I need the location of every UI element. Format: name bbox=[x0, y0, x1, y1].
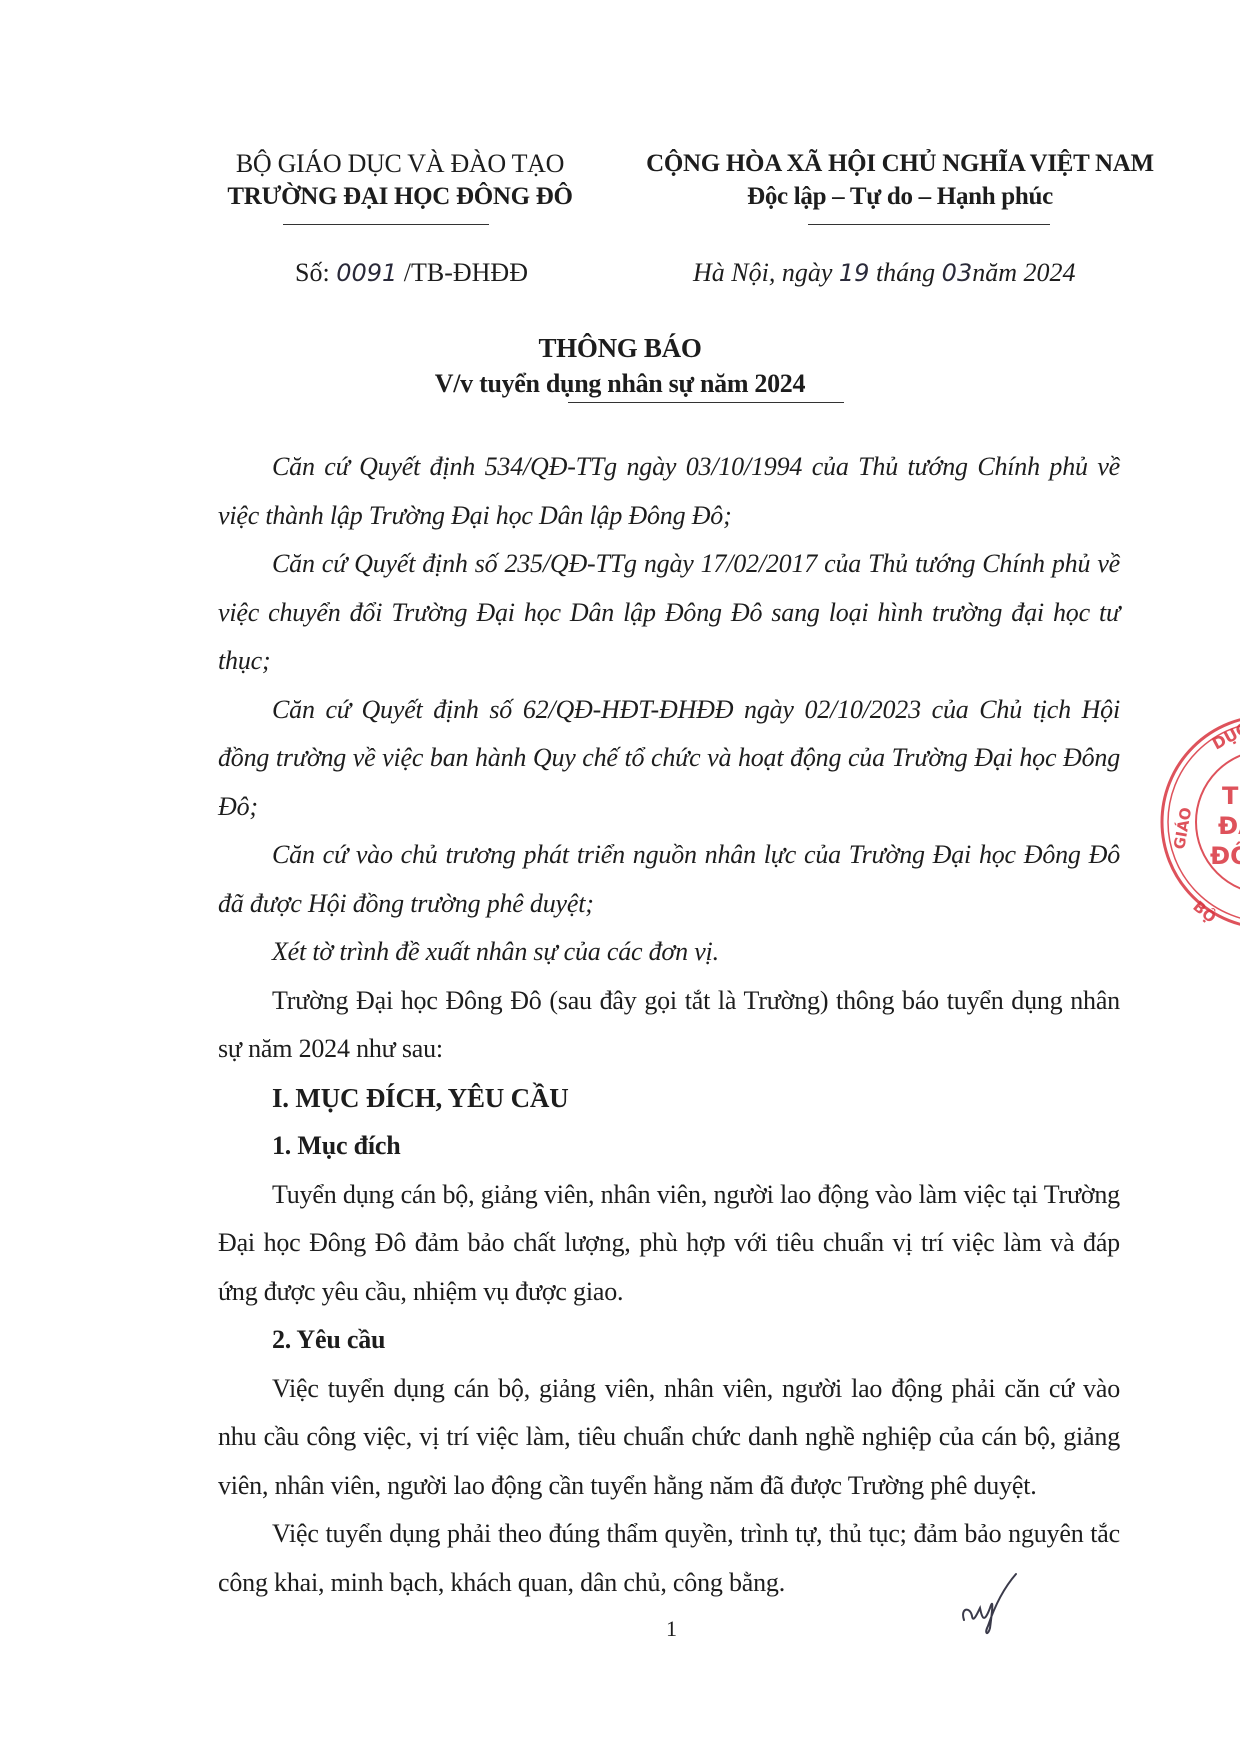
national-motto: Độc lập – Tự do – Hạnh phúc bbox=[615, 181, 1185, 213]
document-date: Hà Nội, ngày 19 tháng 03năm 2024 bbox=[693, 258, 1076, 288]
svg-text:GIÁO: GIÁO bbox=[1169, 806, 1195, 851]
doc-number-suffix: /TB-ĐHĐĐ bbox=[397, 258, 528, 287]
svg-text:BỘ: BỘ bbox=[1189, 896, 1220, 927]
svg-text:TR: TR bbox=[1222, 782, 1240, 810]
preamble-4: Căn cứ vào chủ trương phát triển nguồn n… bbox=[218, 831, 1120, 928]
date-day-handwritten: 19 bbox=[839, 259, 870, 287]
subsection-1-text: Tuyển dụng cán bộ, giảng viên, nhân viên… bbox=[218, 1171, 1120, 1317]
date-mid: tháng bbox=[869, 258, 941, 287]
svg-text:ĐÔ: ĐÔ bbox=[1210, 840, 1240, 870]
preamble-5: Xét tờ trình đề xuất nhân sự của các đơn… bbox=[218, 928, 1120, 977]
subsection-1-heading: 1. Mục đích bbox=[218, 1122, 1120, 1171]
doc-number-handwritten: 0091 bbox=[336, 259, 397, 287]
left-header-underline bbox=[283, 224, 489, 225]
subsection-2-paragraph-1: Việc tuyển dụng cán bộ, giảng viên, nhân… bbox=[218, 1365, 1120, 1511]
document-number: Số: 0091 /TB-ĐHĐĐ bbox=[295, 258, 528, 288]
document-body: Căn cứ Quyết định 534/QĐ-TTg ngày 03/10/… bbox=[218, 443, 1120, 1607]
right-header-underline bbox=[808, 224, 1050, 225]
section-1-heading: I. MỤC ĐÍCH, YÊU CẦU bbox=[218, 1074, 1120, 1123]
initials-signature-icon bbox=[960, 1568, 1020, 1638]
page-number: 1 bbox=[666, 1616, 677, 1642]
preamble-2: Căn cứ Quyết định số 235/QĐ-TTg ngày 17/… bbox=[218, 540, 1120, 686]
preamble-3: Căn cứ Quyết định số 62/QĐ-HĐT-ĐHĐĐ ngày… bbox=[218, 686, 1120, 832]
subject-underline bbox=[568, 402, 844, 403]
svg-text:ĐẠ: ĐẠ bbox=[1218, 812, 1240, 840]
country-name: CỘNG HÒA XÃ HỘI CHỦ NGHĨA VIỆT NAM bbox=[615, 148, 1185, 180]
date-month-handwritten: 03 bbox=[942, 259, 973, 287]
ministry-name: BỘ GIÁO DỤC VÀ ĐÀO TẠO bbox=[200, 148, 600, 180]
document-subject: V/v tuyển dụng nhân sự năm 2024 bbox=[300, 368, 940, 400]
school-name: TRƯỜNG ĐẠI HỌC ĐÔNG ĐÔ bbox=[200, 181, 600, 213]
date-suffix: năm 2024 bbox=[972, 258, 1075, 287]
doc-number-prefix: Số: bbox=[295, 258, 336, 287]
date-prefix: Hà Nội, ngày bbox=[693, 258, 839, 287]
document-title: THÔNG BÁO bbox=[300, 332, 940, 364]
official-stamp-icon: DỤC GIÁO BỘ TR ĐẠ ĐÔ bbox=[1158, 712, 1240, 932]
subsection-2-heading: 2. Yêu cầu bbox=[218, 1316, 1120, 1365]
intro-paragraph: Trường Đại học Đông Đô (sau đây gọi tắt … bbox=[218, 977, 1120, 1074]
preamble-1: Căn cứ Quyết định 534/QĐ-TTg ngày 03/10/… bbox=[218, 443, 1120, 540]
